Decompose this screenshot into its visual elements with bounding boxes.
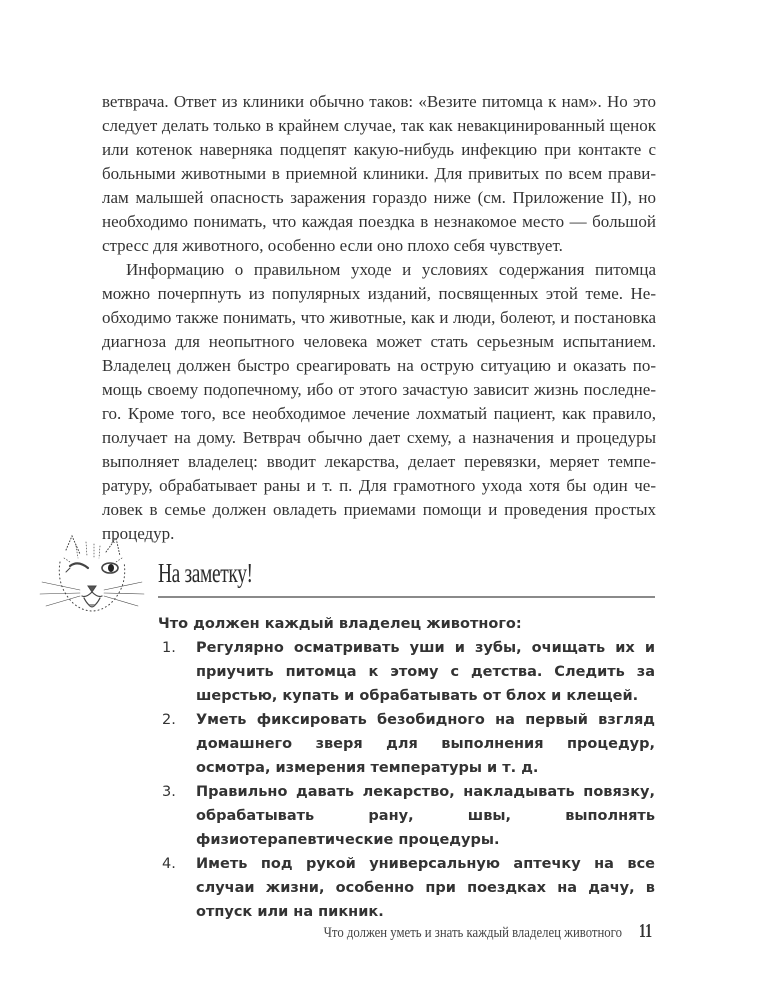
- cat-illustration-icon: [36, 532, 148, 632]
- page-number: 11: [639, 920, 652, 943]
- list-number: 3.: [162, 780, 176, 804]
- note-divider: [158, 596, 655, 598]
- list-item-text: Уметь фиксировать безобидного на первый …: [196, 712, 655, 776]
- list-number: 2.: [162, 708, 176, 732]
- running-title: Что должен уметь и знать каждый владелец…: [324, 925, 622, 942]
- note-intro: Что должен каждый владелец животного:: [158, 612, 655, 636]
- paragraph: ветврача. Ответ из клиники обычно таков:…: [102, 90, 656, 258]
- note-list: 1. Регулярно осматривать уши и зубы, очи…: [158, 636, 655, 924]
- page-footer: Что должен уметь и знать каждый владелец…: [271, 920, 655, 943]
- body-text: ветврача. Ответ из клиники обычно таков:…: [102, 90, 656, 546]
- list-item: 4. Иметь под рукой универсальную аптечку…: [158, 852, 655, 924]
- list-item: 3. Правильно давать лекарство, накладыва…: [158, 780, 655, 852]
- list-item-text: Регулярно осматривать уши и зубы, очищат…: [196, 640, 655, 704]
- list-item: 2. Уметь фиксировать безобидного на перв…: [158, 708, 655, 780]
- list-number: 4.: [162, 852, 176, 876]
- book-page: ветврача. Ответ из клиники обычно таков:…: [0, 0, 759, 1000]
- list-item: 1. Регулярно осматривать уши и зубы, очи…: [158, 636, 655, 708]
- note-heading: На заметку!: [158, 558, 253, 589]
- list-item-text: Иметь под рукой универсальную аптечку на…: [196, 856, 655, 920]
- paragraph: Информацию о правильном уходе и условиях…: [102, 258, 656, 546]
- list-item-text: Правильно давать лекарство, накладывать …: [196, 784, 655, 848]
- list-number: 1.: [162, 636, 176, 660]
- note-box: Что должен каждый владелец животного: 1.…: [158, 612, 655, 924]
